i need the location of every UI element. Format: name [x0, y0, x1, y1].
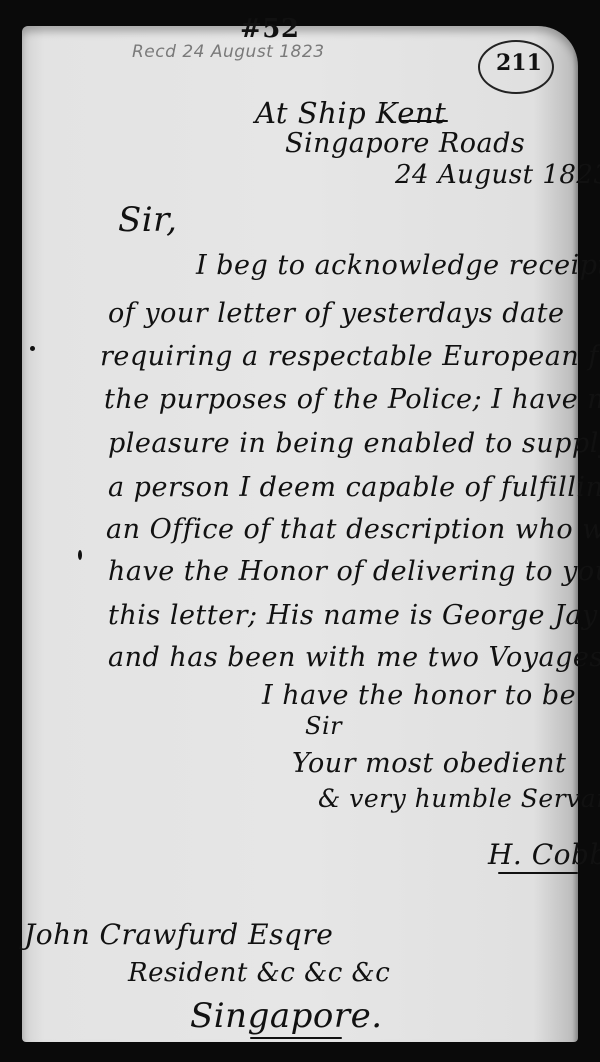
body-line-3: requiring a respectable European for — [100, 341, 600, 372]
margin-tick — [78, 550, 82, 560]
signature-underline — [498, 872, 578, 874]
addressee-name: John Crawfurd Esqre — [24, 918, 333, 951]
body-line-4: the purposes of the Police; I have much — [104, 384, 600, 415]
signature: H. Cobb — [488, 838, 600, 871]
addressee-place: Singapore. — [190, 996, 383, 1036]
heading-location-roads: Singapore Roads — [285, 128, 525, 159]
folio-number: 211 — [496, 50, 542, 76]
body-line-5: pleasure in being enabled to supply — [108, 428, 600, 459]
closing-line-4: & very humble Servant — [318, 784, 600, 813]
salutation: Sir, — [118, 200, 178, 240]
body-line-7: an Office of that description who will — [106, 514, 600, 545]
place-underline — [250, 1037, 342, 1039]
addressee-title: Resident &c &c &c — [128, 958, 390, 988]
margin-mark — [30, 346, 35, 351]
heading-flourish — [400, 120, 448, 122]
closing-line-2: Sir — [305, 712, 342, 740]
body-line-1: I beg to acknowledge receipt — [196, 250, 600, 281]
item-number: #52 — [240, 14, 299, 44]
heading-location-ship: At Ship Kent — [255, 96, 446, 130]
body-line-9: this letter; His name is George Jay — [108, 600, 598, 631]
closing-line-3: Your most obedient — [292, 748, 566, 779]
body-line-2: of your letter of yesterdays date — [108, 298, 564, 329]
heading-date: 24 August 1823 — [395, 160, 600, 190]
body-line-10: and has been with me two Voyages - — [108, 642, 600, 673]
pencil-received-annotation: Recd 24 August 1823 — [132, 42, 325, 62]
body-line-6: a person I deem capable of fulfilling — [108, 472, 600, 503]
closing-line-1: I have the honor to be — [262, 680, 576, 711]
body-line-8: have the Honor of delivering to you — [108, 556, 600, 587]
